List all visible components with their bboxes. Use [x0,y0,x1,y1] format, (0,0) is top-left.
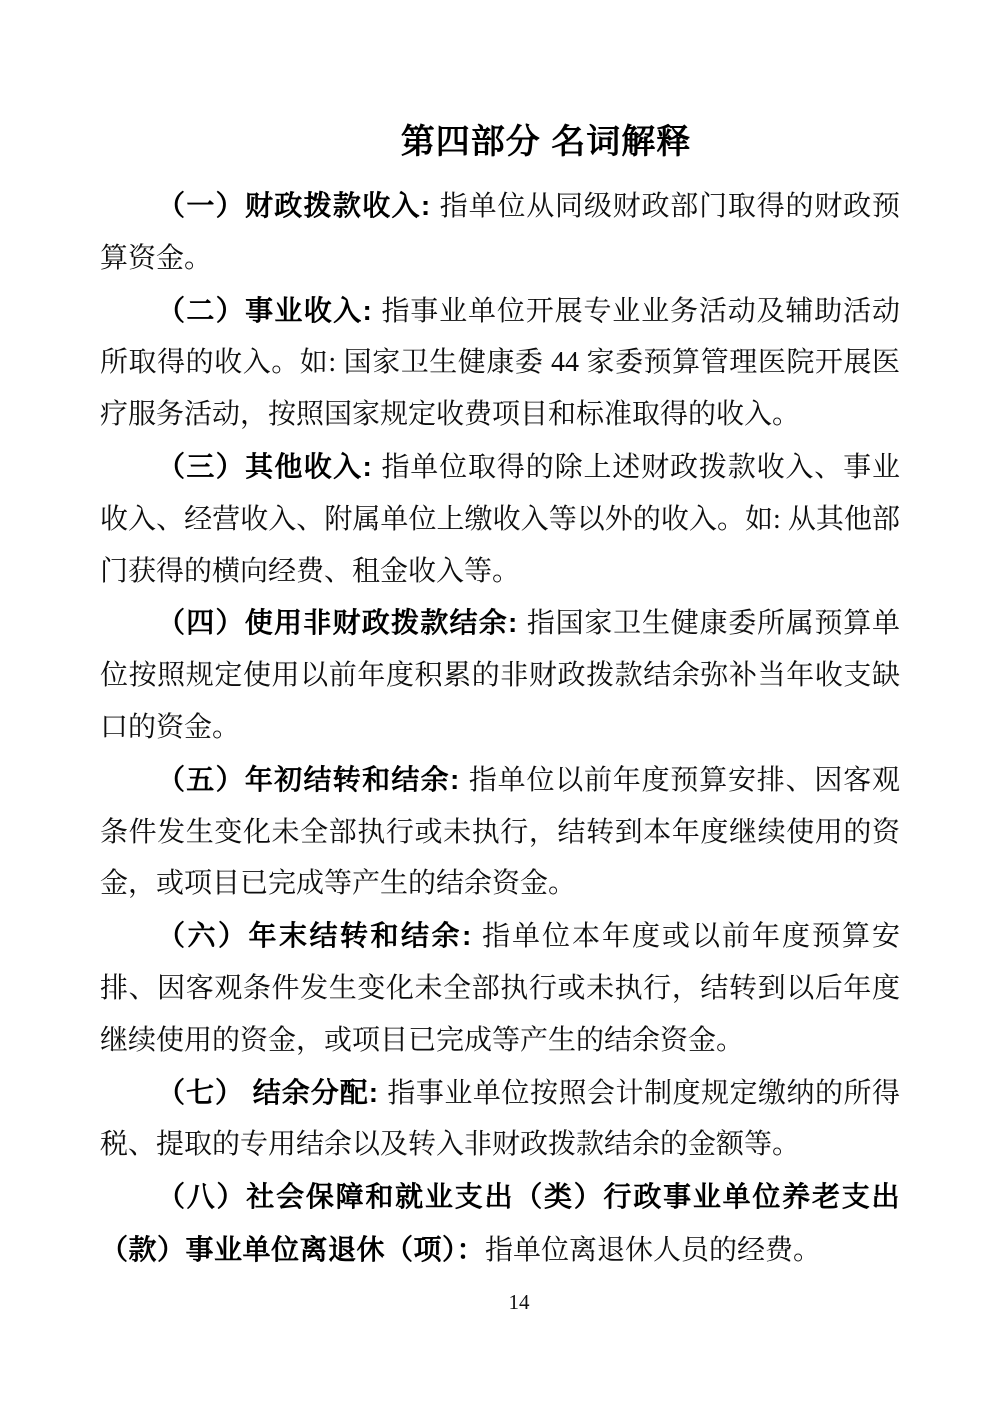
page-number: 14 [0,1290,1000,1315]
definition-paragraph: （八）社会保障和就业支出（类）行政事业单位养老支出（款）事业单位离退休（项）：指… [100,1171,900,1277]
term-label: （二）事业收入: [157,295,381,326]
term-label: （七） 结余分配: [157,1077,387,1108]
document-page: 第四部分 名词解释 （一）财政拨款收入: 指单位从同级财政部门取得的财政预算资金… [0,0,1000,1414]
term-definition: 指单位离退休人员的经费。 [485,1235,821,1266]
document-content: 第四部分 名词解释 （一）财政拨款收入: 指单位从同级财政部门取得的财政预算资金… [100,116,900,1277]
definition-paragraph: （二）事业收入: 指事业单位开展专业业务活动及辅助活动所取得的收入。如: 国家卫… [100,285,900,441]
term-label: （三）其他收入: [157,451,381,482]
definition-paragraph: （五）年初结转和结余: 指单位以前年度预算安排、因客观条件发生变化未全部执行或未… [100,754,900,910]
definition-paragraph: （三）其他收入: 指单位取得的除上述财政拨款收入、事业收入、经营收入、附属单位上… [100,441,900,597]
definition-paragraph: （四）使用非财政拨款结余: 指国家卫生健康委所属预算单位按照规定使用以前年度积累… [100,597,900,753]
term-label: （五）年初结转和结余: [157,764,469,795]
page-title: 第四部分 名词解释 [100,116,900,168]
term-label: （一）财政拨款收入: [157,190,440,221]
definition-paragraph: （六）年末结转和结余: 指单位本年度或以前年度预算安排、因客观条件发生变化未全部… [100,910,900,1066]
term-label: （四）使用非财政拨款结余: [157,607,527,638]
term-label: （六）年末结转和结余: [157,920,482,951]
definition-paragraph: （七） 结余分配: 指事业单位按照会计制度规定缴纳的所得税、提取的专用结余以及转… [100,1067,900,1172]
definition-paragraph: （一）财政拨款收入: 指单位从同级财政部门取得的财政预算资金。 [100,180,900,285]
